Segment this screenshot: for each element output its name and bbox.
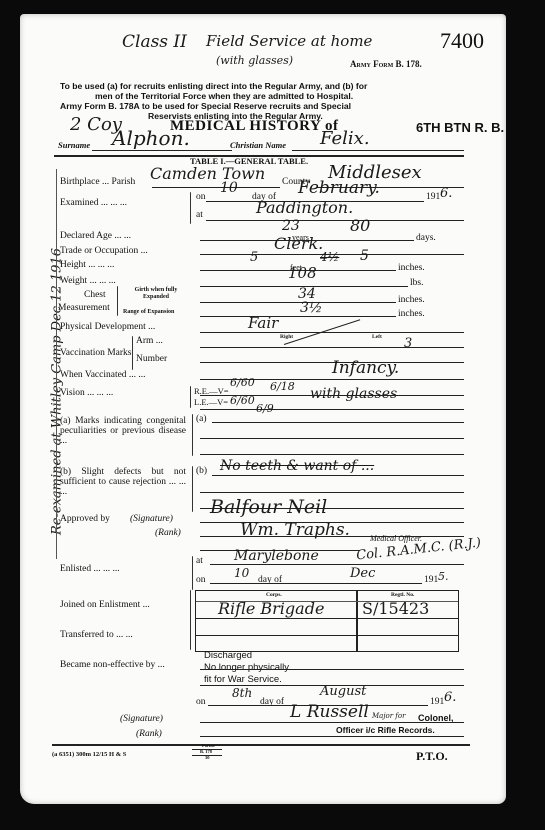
approved-by-label: Approved by <box>60 514 110 524</box>
re-value: 6/60 <box>230 376 255 389</box>
trade-label: Trade or Occupation ... <box>60 246 148 256</box>
marks-a-label: (a) Marks indicating congenital peculiar… <box>60 416 186 446</box>
form-number: 7400 <box>440 28 484 54</box>
corps-table: Corps. Regtl. No. Rifle Brigade S/15423 <box>195 590 459 652</box>
pto-label: P.T.O. <box>416 749 448 764</box>
forms-number: B. 178 <box>200 749 212 754</box>
height-label: Height ... ... ... <box>60 260 114 270</box>
re-corrected: 6/18 <box>270 380 295 393</box>
instructions-line: To be used (a) for recruits enlisting di… <box>60 81 367 91</box>
enlisted-day: 10 <box>234 566 249 580</box>
range-label: Range of Expansion <box>123 309 174 315</box>
regtl-no-header: Regtl. No. <box>391 592 414 598</box>
joined-label: Joined on Enlistment ... <box>60 600 150 610</box>
chest-range: 3½ <box>300 300 322 316</box>
defects-b-label: (b) Slight defects but not sufficient to… <box>60 467 186 497</box>
print-code: (a 6351) 300m 12/15 H & S <box>52 751 126 758</box>
non-effective-label: Became non-effective by ... <box>60 660 165 670</box>
vaccination-marks-label: Vaccination Marks <box>60 348 132 358</box>
range-inches-label: inches. <box>398 309 425 319</box>
examined-month: February. <box>298 178 380 198</box>
weight-label: Weight ... ... ... <box>60 276 116 286</box>
enlisted-on-label: on <box>196 575 206 585</box>
left-label: Left <box>372 334 382 340</box>
physical-development-label: Physical Development ... <box>60 322 155 332</box>
examined-year: 6. <box>440 186 452 201</box>
right-label: Right <box>280 334 293 340</box>
examined-on-label: on <box>196 192 206 202</box>
examined-place: Paddington. <box>256 198 353 217</box>
non-effective-month: August <box>320 684 366 699</box>
handwritten-glasses: (with glasses) <box>216 54 293 67</box>
weight-value: 108 <box>288 264 317 282</box>
approved-rank: Wm. Traphs. <box>240 520 350 540</box>
age-days: 80 <box>350 216 370 235</box>
days-label: days. <box>416 233 436 243</box>
army-form-label: Army Form B. 178. <box>350 59 422 69</box>
medical-history-form: Class II Field Service at home (with gla… <box>20 14 506 804</box>
number-label: Number <box>136 354 167 364</box>
chest-label: Chest <box>84 290 106 300</box>
christian-name-value: Felix. <box>320 128 370 149</box>
inches-label: inches. <box>398 263 425 273</box>
surname-label: Surname <box>58 140 90 150</box>
christian-name-label: Christian Name <box>230 140 286 150</box>
when-vaccinated-label: When Vaccinated ... ... <box>60 370 146 380</box>
non-effective-rank-text: Officer i/c Rifle Records. <box>336 725 435 735</box>
vision-note: with glasses <box>310 386 397 402</box>
vision-label: Vision ... ... ... <box>60 388 113 398</box>
transferred-label: Transferred to ... ... <box>60 630 133 640</box>
vaccination-number: 3 <box>404 336 412 351</box>
trade-value: Clerk. <box>274 234 323 253</box>
non-effective-day: 8th <box>232 686 252 700</box>
height-struck: 4½ <box>320 250 339 264</box>
enlisted-label: Enlisted ... ... ... <box>60 564 120 574</box>
enlisted-month: Dec <box>350 566 375 581</box>
instructions-line: men of the Territorial Force when they a… <box>95 91 353 101</box>
non-effective-rank-label: (Rank) <box>136 729 162 739</box>
surname-value: Alphon. <box>112 126 190 150</box>
arm-label: Arm ... <box>136 336 163 346</box>
le-label: L.E.—V= <box>194 397 228 407</box>
girth-inches-label: inches. <box>398 295 425 305</box>
handwritten-service: Field Service at home <box>206 32 372 50</box>
battalion-label: 6TH BTN R. B. <box>416 120 504 135</box>
non-effective-signature-label: (Signature) <box>120 714 163 724</box>
approved-signature-label: (Signature) <box>130 514 173 524</box>
enlisted-place: Marylebone <box>234 548 319 564</box>
age-years: 23 <box>282 218 300 234</box>
birthplace-label: Birthplace ... Parish <box>60 177 135 187</box>
marks-a-prefix: (a) <box>196 414 207 424</box>
non-effective-year-prefix: 191 <box>430 697 444 707</box>
forms-sub: 30 <box>205 755 210 760</box>
birthplace-parish: Camden Town <box>150 164 265 183</box>
non-effective-line3: fit for War Service. <box>204 674 282 685</box>
enlisted-at-label: at <box>196 556 203 566</box>
handwritten-class: Class II <box>122 32 187 52</box>
enlisted-year-prefix: 191 <box>424 575 438 585</box>
signature-note: Major for <box>372 712 405 720</box>
instructions-line: Army Form B. 178A to be used for Special… <box>60 101 351 111</box>
defects-b-prefix: (b) <box>196 466 207 476</box>
age-label: Declared Age ... ... <box>60 231 131 241</box>
non-effective-line2: No longer physically <box>204 662 289 673</box>
height-inches: 5 <box>360 248 369 264</box>
chest-measurement-label: Measurement <box>58 303 110 313</box>
girth-label: Girth when fully Expanded <box>123 287 189 301</box>
height-feet: 5 <box>250 250 258 265</box>
enlisted-year: 5. <box>438 570 449 583</box>
corps-value: Rifle Brigade <box>218 599 324 618</box>
approved-signature: Balfour Neil <box>210 496 327 518</box>
corps-header: Corps. <box>266 592 282 598</box>
page-title: MEDICAL HISTORY of <box>170 118 339 135</box>
non-effective-year: 6. <box>444 690 456 705</box>
non-effective-line1: Discharged <box>204 650 252 661</box>
non-effective-on-label: on <box>196 697 206 707</box>
non-effective-signature: L Russell <box>290 702 369 722</box>
regtl-no-value: S/15423 <box>362 599 429 618</box>
examined-day: 10 <box>220 180 238 196</box>
lbs-label: lbs. <box>410 278 423 288</box>
forms-label: Forms <box>202 743 215 748</box>
when-vaccinated-value: Infancy. <box>332 358 399 378</box>
examined-label: Examined ... ... ... <box>60 198 127 208</box>
year-prefix: 191 <box>426 192 440 202</box>
examined-at-label: at <box>196 210 203 220</box>
physical-development-value: Fair <box>248 314 278 332</box>
defects-b-struck-text: No teeth & want of ... <box>220 458 374 474</box>
approved-rank-label: (Rank) <box>155 528 181 538</box>
